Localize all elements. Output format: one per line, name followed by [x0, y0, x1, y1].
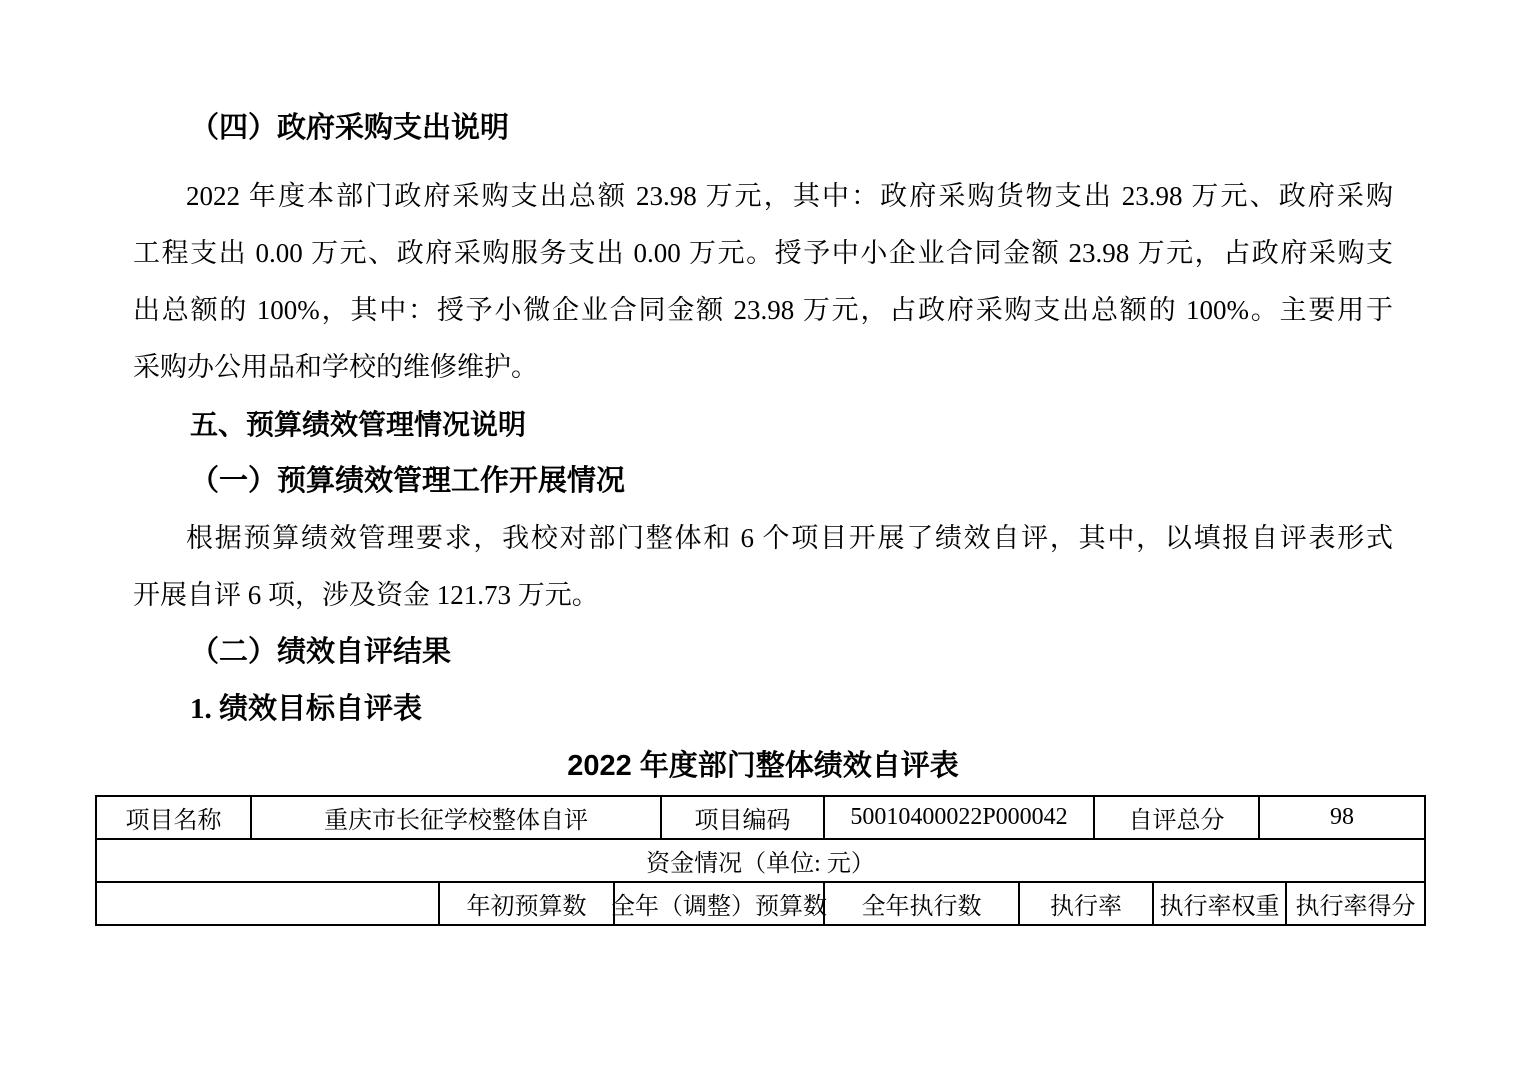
cell-header-initial-budget: 年初预算数 — [440, 883, 615, 926]
cell-header-adjusted-budget: 全年（调整）预算数 — [615, 883, 825, 926]
cell-header-annual-execution: 全年执行数 — [825, 883, 1020, 926]
paragraph-line: 采购办公用品和学校的维修维护。 — [133, 339, 1393, 396]
heading-performance-work: （一）预算绩效管理工作开展情况 — [133, 453, 1393, 510]
cell-project-code-label: 项目编码 — [662, 797, 825, 840]
heading-procurement-expenditure: （四）政府采购支出说明 — [133, 100, 1393, 157]
cell-header-execution-rate-score: 执行率得分 — [1287, 883, 1426, 926]
heading-budget-performance-section: 五、预算绩效管理情况说明 — [133, 396, 1393, 453]
table-row: 项目名称 重庆市长征学校整体自评 项目编码 50010400022P000042… — [97, 797, 1426, 840]
cell-project-name-label: 项目名称 — [97, 797, 252, 840]
heading-self-evaluation-result: （二）绩效自评结果 — [133, 624, 1393, 681]
paragraph-self-evaluation: 根据预算绩效管理要求，我校对部门整体和 6 个项目开展了绩效自评，其中，以填报自… — [133, 510, 1393, 624]
self-evaluation-table: 项目名称 重庆市长征学校整体自评 项目编码 50010400022P000042… — [95, 795, 1426, 926]
paragraph-line: 工程支出 0.00 万元、政府采购服务支出 0.00 万元。授予中小企业合同金额… — [133, 225, 1393, 282]
document-body: （四）政府采购支出说明 2022 年度本部门政府采购支出总额 23.98 万元，… — [133, 100, 1393, 795]
paragraph-line: 2022 年度本部门政府采购支出总额 23.98 万元，其中：政府采购货物支出 … — [133, 168, 1393, 225]
cell-funding-section-header: 资金情况（单位: 元） — [97, 840, 1426, 883]
cell-project-code-value: 50010400022P000042 — [825, 797, 1095, 840]
cell-empty-header — [97, 883, 440, 926]
cell-project-name-value: 重庆市长征学校整体自评 — [252, 797, 662, 840]
paragraph-line: 开展自评 6 项，涉及资金 121.73 万元。 — [133, 567, 1393, 624]
paragraph-line: 根据预算绩效管理要求，我校对部门整体和 6 个项目开展了绩效自评，其中，以填报自… — [133, 510, 1393, 567]
table-row: 年初预算数 全年（调整）预算数 全年执行数 执行率 执行率权重 执行率得分 — [97, 883, 1426, 926]
table-title: 2022 年度部门整体绩效自评表 — [133, 738, 1393, 795]
document-page: （四）政府采购支出说明 2022 年度本部门政府采购支出总额 23.98 万元，… — [0, 0, 1520, 1074]
paragraph-procurement: 2022 年度本部门政府采购支出总额 23.98 万元，其中：政府采购货物支出 … — [133, 168, 1393, 396]
cell-header-execution-rate: 执行率 — [1020, 883, 1154, 926]
paragraph-line: 出总额的 100%，其中：授予小微企业合同金额 23.98 万元，占政府采购支出… — [133, 282, 1393, 339]
heading-performance-target-table: 1. 绩效目标自评表 — [133, 681, 1393, 738]
cell-score-label: 自评总分 — [1095, 797, 1260, 840]
cell-header-execution-rate-weight: 执行率权重 — [1154, 883, 1287, 926]
cell-score-value: 98 — [1260, 797, 1426, 840]
table-row: 资金情况（单位: 元） — [97, 840, 1426, 883]
